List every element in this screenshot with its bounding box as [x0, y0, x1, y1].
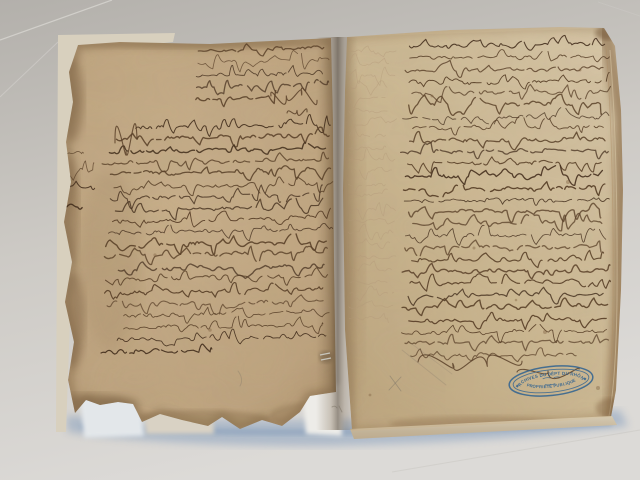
right-page-stain-mottle — [345, 28, 623, 431]
scene: ARCHIVES DU DÉPT DU RHÔNE PROPRIÉTÉ PUBL… — [0, 0, 640, 480]
binding-staple — [319, 351, 333, 363]
manuscript-photo: ARCHIVES DU DÉPT DU RHÔNE PROPRIÉTÉ PUBL… — [0, 0, 640, 480]
left-page — [45, 38, 350, 430]
